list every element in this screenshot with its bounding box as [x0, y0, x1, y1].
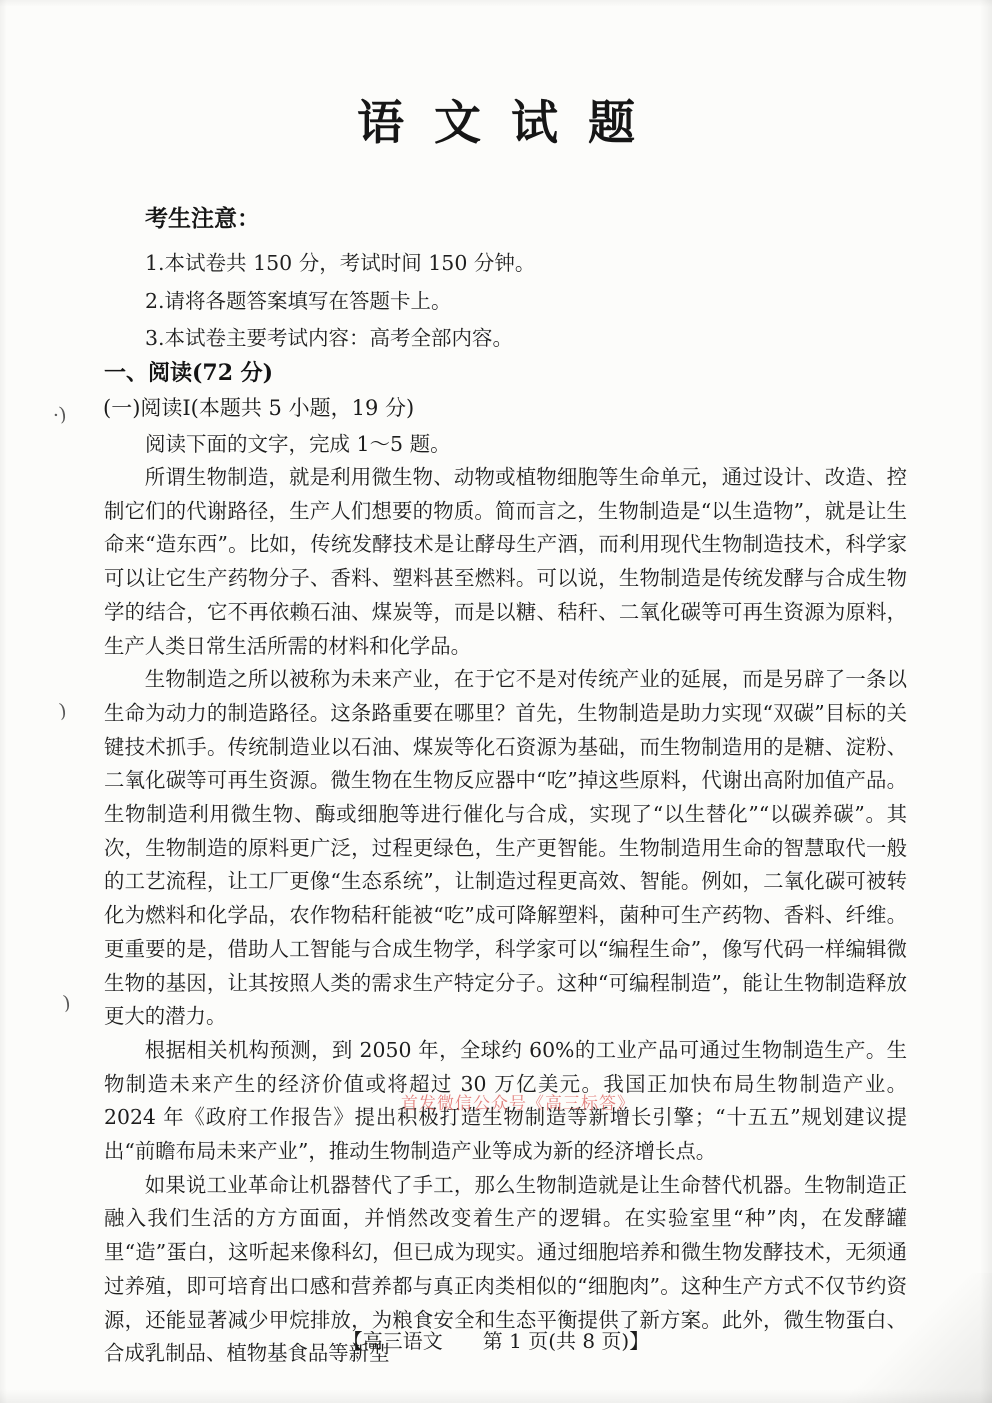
binding-mark-icon: ·)	[52, 403, 68, 427]
notice-item-2: 2.请将各题答案填写在答题卡上。	[145, 283, 705, 321]
notice-block: 考生注意： 1.本试卷共 150 分，考试时间 150 分钟。 2.请将各题答案…	[145, 200, 705, 358]
passage-paragraph-2: 生物制造之所以被称为未来产业，在于它不是对传统产业的延展，而是另辟了一条以生命为…	[104, 663, 907, 1034]
binding-mark-icon: )	[62, 992, 72, 1015]
reading-instruction: 阅读下面的文字，完成 1～5 题。	[104, 427, 451, 457]
page-title: 语文试题	[0, 86, 992, 153]
passage-paragraph-1: 所谓生物制造，就是利用微生物、动物或植物细胞等生命单元，通过设计、改造、控制它们…	[104, 461, 907, 663]
subsection-heading-reading-1: (一)阅读Ⅰ(本题共 5 小题，19 分)	[103, 392, 414, 422]
section-heading-reading: 一、阅读(72 分)	[104, 356, 273, 387]
notice-item-1: 1.本试卷共 150 分，考试时间 150 分钟。	[145, 245, 705, 283]
scan-corner-shade	[842, 1273, 992, 1403]
notice-item-3: 3.本试卷主要考试内容：高考全部内容。	[145, 320, 705, 358]
reading-passage: 所谓生物制造，就是利用微生物、动物或植物细胞等生命单元，通过设计、改造、控制它们…	[104, 461, 907, 1371]
exam-paper-page: 语文试题 考生注意： 1.本试卷共 150 分，考试时间 150 分钟。 2.请…	[0, 0, 992, 1403]
binding-mark-icon: )	[58, 700, 68, 723]
red-watermark-text: 首发微信公众号《高三标答》	[401, 1089, 635, 1114]
notice-heading: 考生注意：	[145, 200, 705, 233]
